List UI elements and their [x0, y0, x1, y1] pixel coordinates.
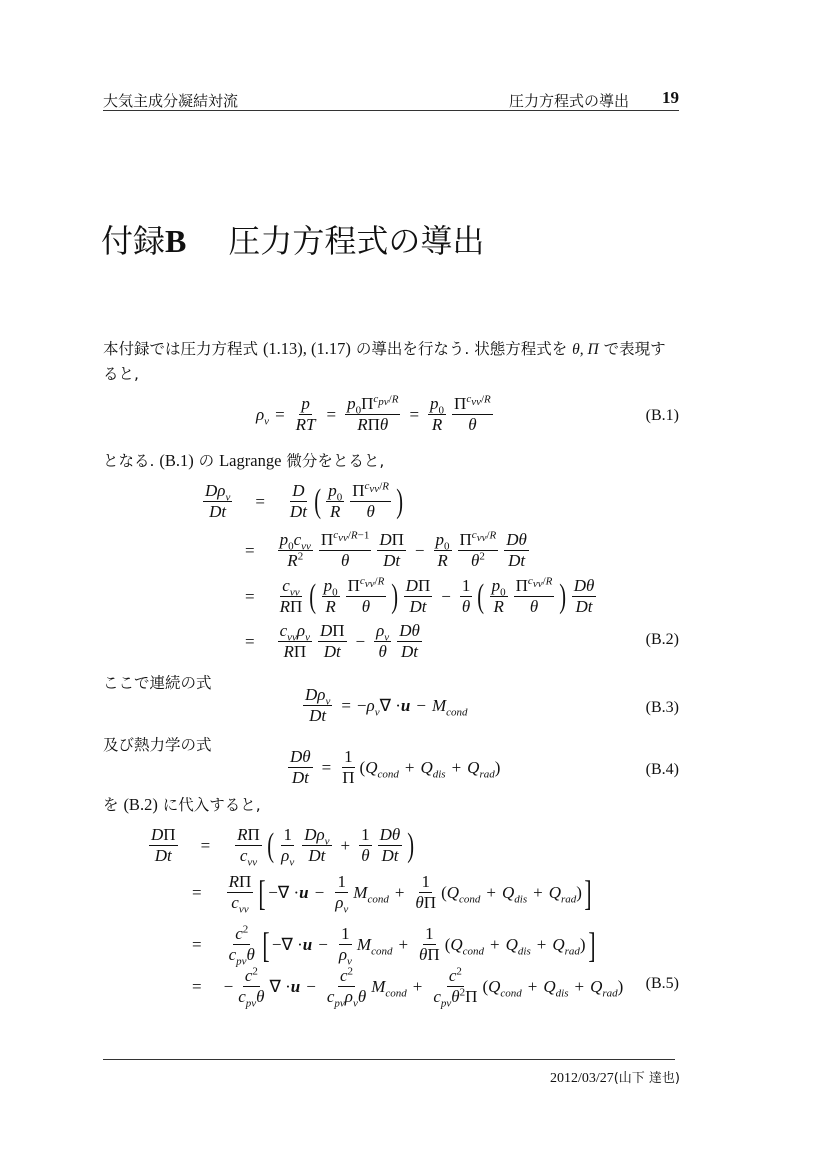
equation-number-b3: (B.3) [646, 699, 679, 717]
text: に代入すると, [158, 796, 261, 814]
header-section-title: 圧力方程式の導出 [509, 90, 629, 111]
document-page: 大気主成分凝結対流 圧力方程式の導出 19 付録B圧力方程式の導出 本付録では圧… [0, 0, 826, 1169]
equation-ref: (B.2) [123, 795, 157, 814]
text: を [103, 796, 123, 814]
text: で表現す [599, 340, 666, 358]
equation-number-b1: (B.1) [646, 407, 679, 425]
running-header: 大気主成分凝結対流 圧力方程式の導出 19 [103, 88, 679, 111]
text: の導出を行なう. 状態方程式を [351, 340, 572, 358]
text: 微分をとると, [281, 452, 384, 470]
chapter-title: 圧力方程式の導出 [228, 222, 484, 260]
equation-b2-line-1: DρvDt = DDt ( p0R Πcvv/Rθ ) [200, 482, 405, 521]
substitution-paragraph: を (B.2) に代入すると, [103, 793, 683, 817]
text: 本付録では圧力方程式 [103, 340, 263, 358]
footer-author: (山下 達也) [614, 1071, 680, 1086]
equation-b3: DρvDt =−ρv∇ · u−Mcond [300, 686, 468, 725]
equation-b1: ρv= pRT = p0Πcpv/RRΠθ = p0R Πcvv/Rθ [256, 395, 496, 434]
text: の [194, 452, 219, 470]
chapter-heading: 付録B圧力方程式の導出 [101, 216, 484, 262]
equation-b5-line-3: = c2cpvθ [−∇ · u− 1ρvMcond+ 1θΠ (Qcond+Q… [192, 925, 598, 964]
equation-ref: (1.13), (1.17) [263, 339, 351, 358]
intro-paragraph: 本付録では圧力方程式 (1.13), (1.17) の導出を行なう. 状態方程式… [103, 337, 683, 386]
equation-number-b4: (B.4) [646, 761, 679, 779]
text: ここで連続の式 [103, 674, 212, 692]
equation-number-b5: (B.5) [646, 975, 679, 993]
text: 及び熱力学の式 [103, 736, 212, 754]
equation-number-b2: (B.2) [646, 631, 679, 649]
text: Lagrange [219, 451, 281, 470]
footer-date: 2012/03/27 [550, 1071, 614, 1086]
equation-ref: (B.1) [159, 451, 193, 470]
lagrange-paragraph: となる. (B.1) の Lagrange 微分をとると, [103, 449, 683, 473]
chapter-label: 付録 [101, 222, 165, 260]
equation-b2-line-4: = cvvρvRΠ DΠDt − ρvθ DθDt [245, 622, 425, 661]
equation-b4: DθDt = 1Π (Qcond+Qdis+Qrad) [285, 748, 500, 787]
text: となる. [103, 452, 159, 470]
header-book-title: 大気主成分凝結対流 [103, 90, 238, 111]
page-number: 19 [662, 88, 679, 108]
footer-rule [103, 1059, 675, 1060]
text: ると, [103, 365, 139, 383]
math-vars: θ, Π [572, 341, 599, 358]
chapter-letter: B [165, 223, 186, 259]
equation-b2-line-3: = cvvRΠ ( p0R Πcvv/Rθ ) DΠDt − 1θ ( p0R … [245, 577, 599, 616]
equation-b5-line-2: = RΠcvv [−∇ · u− 1ρvMcond+ 1θΠ (Qcond+Qd… [192, 873, 594, 912]
footer: 2012/03/27(山下 達也) [550, 1067, 680, 1087]
equation-b2-line-2: = p0cvvR2 Πcvv/R−1θ DΠDt − p0R Πcvv/Rθ2 … [245, 531, 532, 570]
equation-b5-line-4: =− c2cpvθ∇ · u− c2cpvρvθMcond+ c2cpvθ2Π … [192, 967, 623, 1006]
equation-b5-line-1: DΠDt = RΠcvv ( 1ρv DρvDt + 1θ DθDt ) [146, 826, 417, 865]
